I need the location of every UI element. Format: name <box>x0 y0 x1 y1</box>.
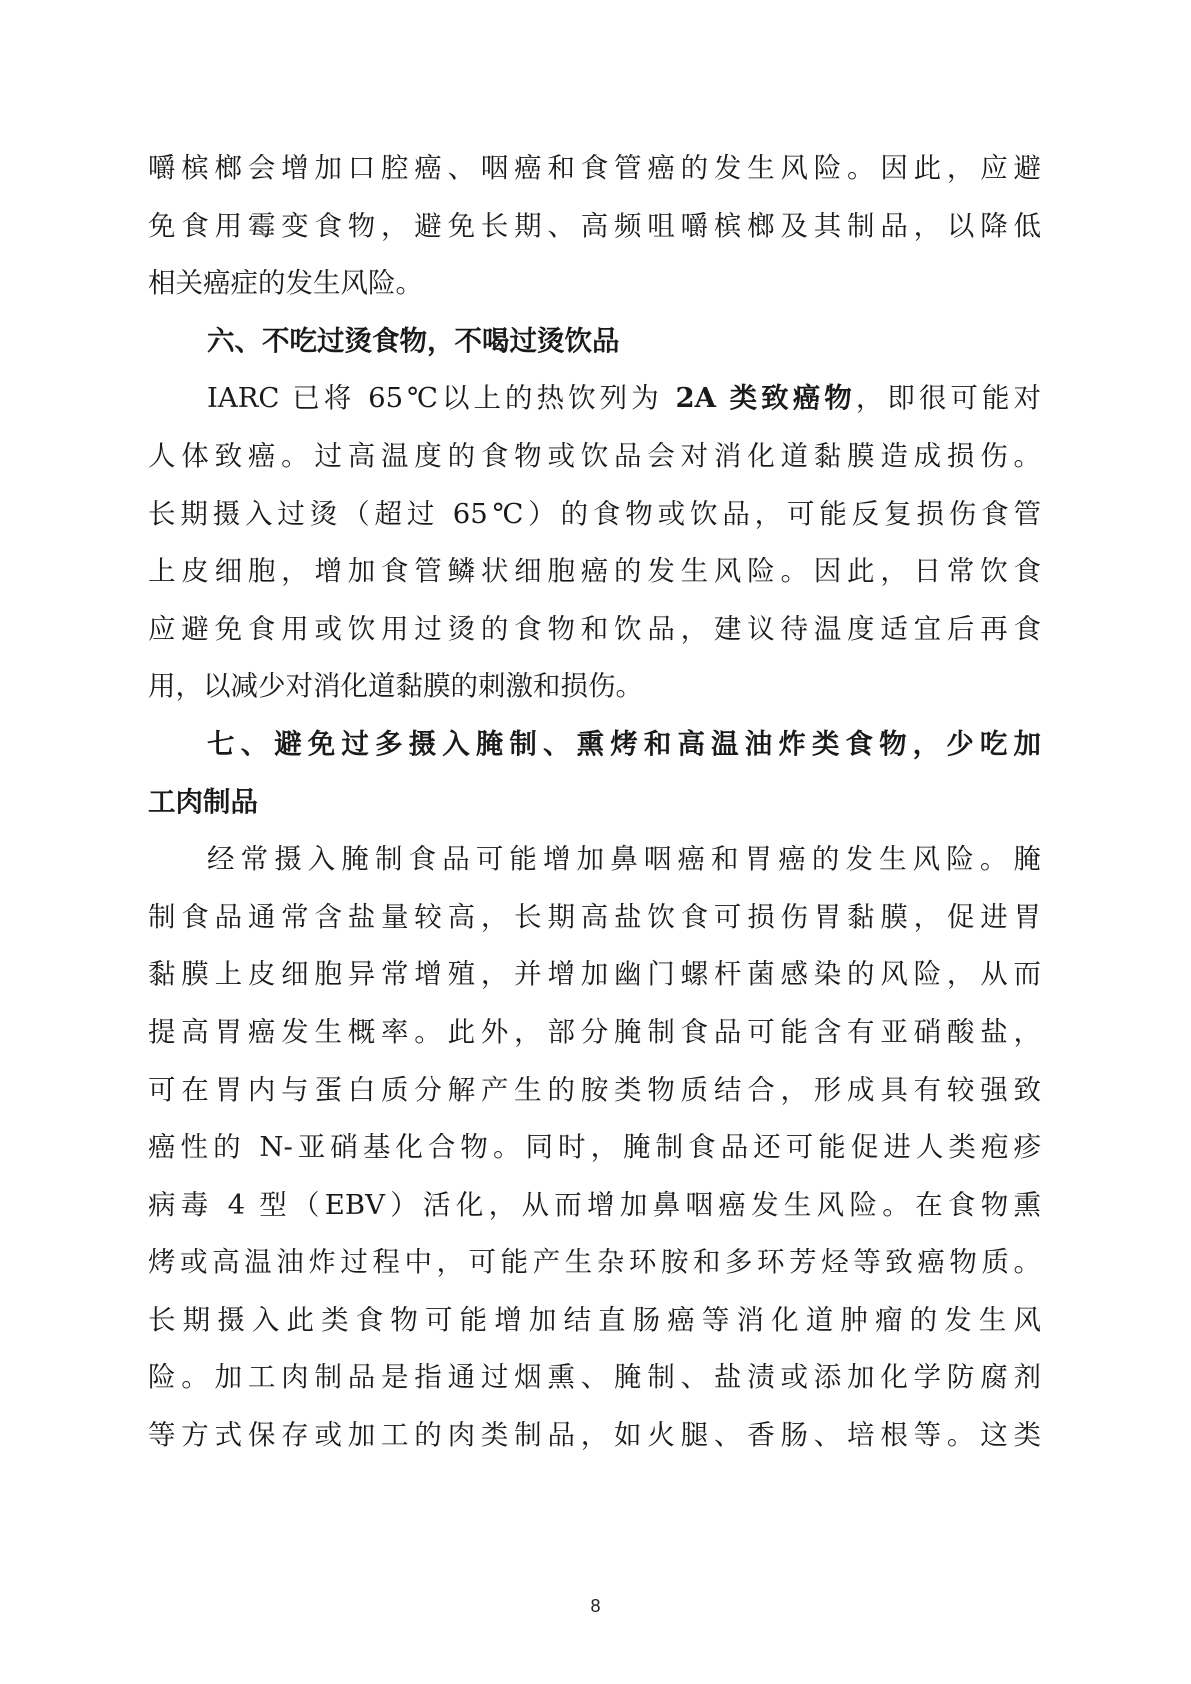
text-line: 提高胃癌发生概率。此外，部分腌制食品可能含有亚硝酸盐， <box>148 1004 1041 1062</box>
text-line: 癌性的 N-亚硝基化合物。同时，腌制食品还可能促进人类疱疹 <box>148 1119 1041 1177</box>
document-page: 嚼槟榔会增加口腔癌、咽癌和食管癌的发生风险。因此，应避 免食用霉变食物，避免长期… <box>148 140 1041 1465</box>
text-line: 上皮细胞，增加食管鳞状细胞癌的发生风险。因此，日常饮食 <box>148 543 1041 601</box>
heading-line: 六、不吃过烫食物，不喝过烫饮品 <box>148 313 1041 371</box>
section-heading-7: 七、避免过多摄入腌制、熏烤和高温油炸类食物，少吃加 工肉制品 <box>148 716 1041 831</box>
text-line: 应避免食用或饮用过烫的食物和饮品，建议待温度适宜后再食 <box>148 601 1041 659</box>
text-line: 嚼槟榔会增加口腔癌、咽癌和食管癌的发生风险。因此，应避 <box>148 140 1041 198</box>
text-segment: IARC 已将 65℃以上的热饮列为 <box>207 382 676 414</box>
text-line: 相关癌症的发生风险。 <box>148 255 1041 313</box>
bold-term-2a-carcinogen: 2A 类致癌物 <box>676 382 856 414</box>
section-heading-6: 六、不吃过烫食物，不喝过烫饮品 <box>148 313 1041 371</box>
text-line: 病毒 4 型（EBV）活化，从而增加鼻咽癌发生风险。在食物熏 <box>148 1177 1041 1235</box>
paragraph-betel-nut: 嚼槟榔会增加口腔癌、咽癌和食管癌的发生风险。因此，应避 免食用霉变食物，避免长期… <box>148 140 1041 313</box>
text-line: 烤或高温油炸过程中，可能产生杂环胺和多环芳烃等致癌物质。 <box>148 1234 1041 1292</box>
text-line: 险。加工肉制品是指通过烟熏、腌制、盐渍或添加化学防腐剂 <box>148 1349 1041 1407</box>
paragraph-hot-food: IARC 已将 65℃以上的热饮列为 2A 类致癌物，即很可能对 人体致癌。过高… <box>148 370 1041 716</box>
page-number: 8 <box>0 1596 1191 1617</box>
text-line: 可在胃内与蛋白质分解产生的胺类物质结合，形成具有较强致 <box>148 1062 1041 1120</box>
text-line: 经常摄入腌制食品可能增加鼻咽癌和胃癌的发生风险。腌 <box>148 831 1041 889</box>
text-line: 人体致癌。过高温度的食物或饮品会对消化道黏膜造成损伤。 <box>148 428 1041 486</box>
paragraph-processed-food: 经常摄入腌制食品可能增加鼻咽癌和胃癌的发生风险。腌 制食品通常含盐量较高，长期高… <box>148 831 1041 1465</box>
text-segment: ，即很可能对 <box>856 382 1041 414</box>
heading-line: 工肉制品 <box>148 774 1041 832</box>
text-line: 长期摄入过烫（超过 65℃）的食物或饮品，可能反复损伤食管 <box>148 486 1041 544</box>
text-line: 制食品通常含盐量较高，长期高盐饮食可损伤胃黏膜，促进胃 <box>148 889 1041 947</box>
text-line: 黏膜上皮细胞异常增殖，并增加幽门螺杆菌感染的风险，从而 <box>148 946 1041 1004</box>
heading-line: 七、避免过多摄入腌制、熏烤和高温油炸类食物，少吃加 <box>148 716 1041 774</box>
text-line: IARC 已将 65℃以上的热饮列为 2A 类致癌物，即很可能对 <box>148 370 1041 428</box>
text-line: 长期摄入此类食物可能增加结直肠癌等消化道肿瘤的发生风 <box>148 1292 1041 1350</box>
text-line: 等方式保存或加工的肉类制品，如火腿、香肠、培根等。这类 <box>148 1407 1041 1465</box>
text-line: 用，以减少对消化道黏膜的刺激和损伤。 <box>148 658 1041 716</box>
text-line: 免食用霉变食物，避免长期、高频咀嚼槟榔及其制品，以降低 <box>148 198 1041 256</box>
